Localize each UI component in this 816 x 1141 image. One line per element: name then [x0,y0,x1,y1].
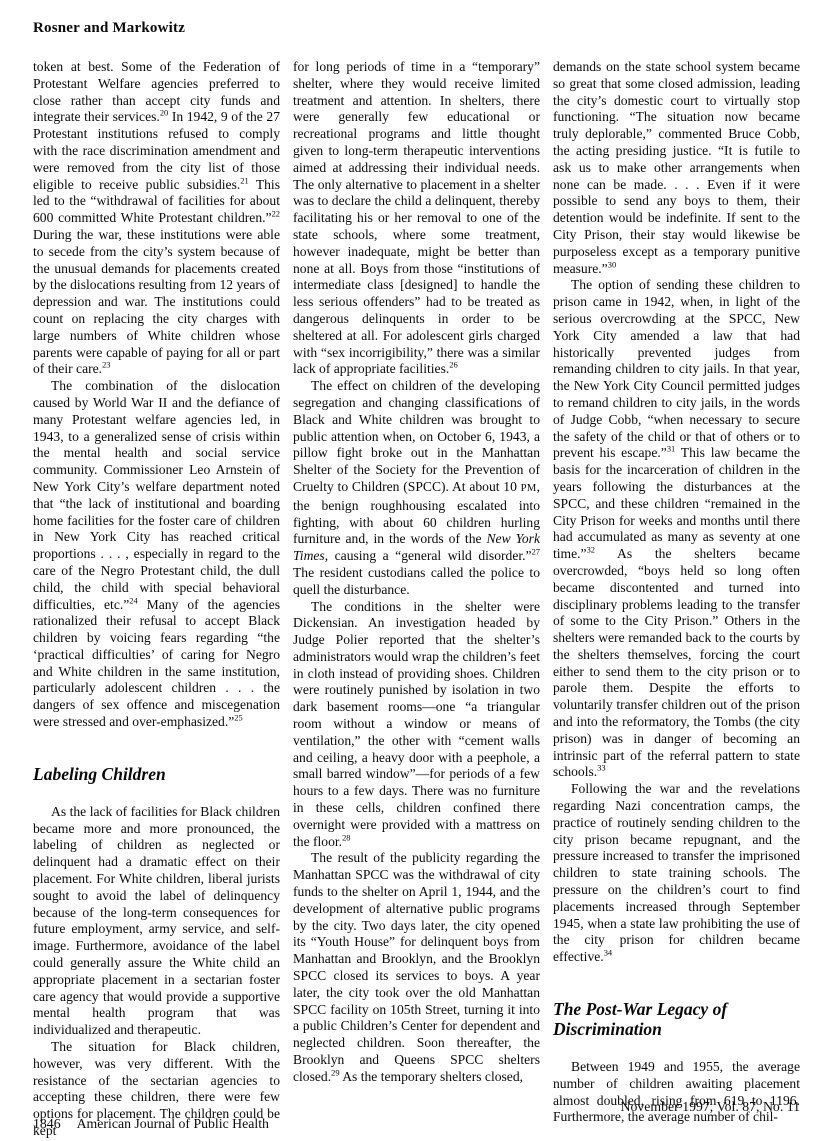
footnote-reference: 33 [597,763,605,773]
paragraph: for long periods of time in a “temporary… [293,59,540,378]
paragraph: token at best. Some of the Federation of… [33,59,280,378]
running-head: Rosner and Markowitz [33,20,185,37]
footnote-reference: 34 [604,948,612,958]
paragraph: Following the war and the revelations re… [553,781,800,966]
article-columns: token at best. Some of the Federation of… [33,59,800,1140]
column-left: token at best. Some of the Federation of… [33,59,280,1140]
column-right: demands on the state school system becam… [553,59,800,1140]
footnote-reference: 24 [129,595,137,605]
paragraph: The effect on children of the developing… [293,378,540,598]
footer-left: 1846American Journal of Public Health [33,1116,269,1132]
journal-name: American Journal of Public Health [77,1116,269,1131]
footnote-reference: 29 [331,1067,339,1077]
journal-page: Rosner and Markowitz token at best. Some… [0,0,816,1141]
paragraph: As the lack of facilities for Black chil… [33,804,280,1039]
footnote-reference: 20 [160,108,168,118]
footnote-reference: 31 [667,444,675,454]
page-number: 1846 [33,1116,61,1131]
paragraph: The result of the publicity regarding th… [293,850,540,1085]
column-middle: for long periods of time in a “temporary… [293,59,540,1140]
footnote-reference: 23 [102,360,110,370]
footnote-reference: 25 [234,713,242,723]
footnote-reference: 26 [449,360,457,370]
paragraph: The combination of the dislocation cause… [33,378,280,731]
paragraph: Between 1949 and 1955, the average numbe… [553,1059,800,1126]
footnote-reference: 21 [240,175,248,185]
footnote-reference: 32 [587,545,595,555]
section-heading: The Post-War Legacy of Discrimination [553,999,800,1039]
footer-issue: November 1997, Vol. 87, No. 11 [621,1099,800,1115]
footnote-reference: 27 [532,547,540,557]
paragraph: demands on the state school system becam… [553,59,800,277]
paragraph: The option of sending these children to … [553,277,800,781]
footnote-reference: 30 [608,259,616,269]
footnote-reference: 22 [272,209,280,219]
paragraph: The conditions in the shelter were Dicke… [293,599,540,851]
footnote-reference: 28 [342,832,350,842]
section-heading: Labeling Children [33,764,280,784]
